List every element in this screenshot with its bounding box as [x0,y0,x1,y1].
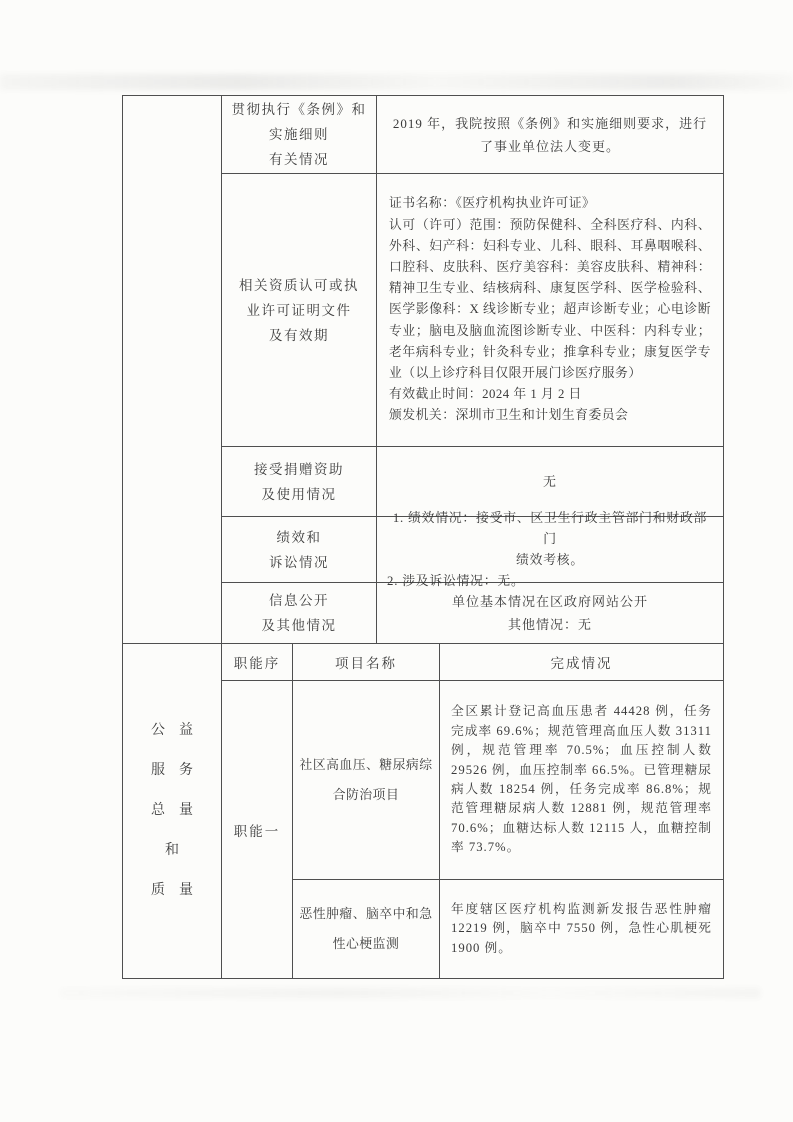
project-name-tumor-stroke-monitoring: 恶性肿瘤、脑卒中和急 性心梗监测 [300,899,433,959]
cell-information-disclosure: 单位基本情况在区政府网站公开 其他情况：无 [377,583,723,643]
column-header-function-no: 职能序 [222,644,293,681]
row-label-regulation-implementation: 贯彻执行《条例》和 实施细则 有关情况 [222,96,377,174]
row-label-performance-litigation: 绩效和 诉讼情况 [222,517,377,583]
merged-left-cell [123,96,222,643]
completion-text-tumor-stroke-monitoring: 年度辖区医疗机构监测新发报告恶性肿瘤 12219 例，脑卒中 7550 例，急性… [440,892,723,966]
scan-artifact-top [0,74,793,90]
column-header-completion-status: 完成情况 [440,644,723,681]
row-label-qualification-license: 相关资质认可或执 业许可证明文件 及有效期 [222,174,377,447]
column-header-project-name: 项目名称 [293,644,440,681]
report-table-general-info: 贯彻执行《条例》和 实施细则 有关情况 2019 年，我院按照《条例》和实施细则… [122,95,724,644]
public-service-table: 公益 服务 总量 和 质量 职能序 项目名称 完成情况 职能一 社区高血压、糖尿… [122,644,724,979]
scanned-document-page: 贯彻执行《条例》和 实施细则 有关情况 2019 年，我院按照《条例》和实施细则… [0,0,793,1122]
scan-artifact-bottom [60,988,760,998]
cell-completion-tumor-stroke-monitoring: 年度辖区医疗机构监测新发报告恶性肿瘤 12219 例，脑卒中 7550 例，急性… [440,880,723,978]
cell-function-one: 职能一 [222,681,293,978]
donation-text: 无 [529,470,571,493]
cell-project-tumor-stroke-monitoring: 恶性肿瘤、脑卒中和急 性心梗监测 [293,880,440,978]
completion-text-hypertension-diabetes: 全区累计登记高血压患者 44428 例，任务完成率 69.6%；规范管理高血压人… [440,694,723,865]
cell-qualification-license: 证书名称：《医疗机构执业许可证》 认可（许可）范围：预防保健科、全科医疗科、内科… [377,174,723,447]
cell-regulation-implementation: 2019 年，我院按照《条例》和实施细则要求，进行了事业单位法人变更。 [377,96,723,174]
section-label-public-service: 公益 服务 总量 和 质量 [123,644,222,978]
performance-text: 1. 绩效情况：接受市、区卫生行政主管部门和财政部门 绩效考核。 [387,508,713,571]
cell-completion-hypertension-diabetes: 全区累计登记高血压患者 44428 例，任务完成率 69.6%；规范管理高血压人… [440,681,723,880]
project-name-hypertension-diabetes: 社区高血压、糖尿病综 合防治项目 [300,750,433,810]
row-label-information-disclosure: 信息公开 及其他情况 [222,583,377,643]
regulation-implementation-text: 2019 年，我院按照《条例》和实施细则要求，进行了事业单位法人变更。 [377,112,723,158]
information-disclosure-text: 单位基本情况在区政府网站公开 其他情况：无 [438,590,662,636]
cell-performance-litigation: 1. 绩效情况：接受市、区卫生行政主管部门和财政部门 绩效考核。 2. 涉及诉讼… [377,517,723,583]
row-label-donation: 接受捐赠资助 及使用情况 [222,447,377,517]
cell-donation: 无 [377,447,723,517]
cell-project-hypertension-diabetes: 社区高血压、糖尿病综 合防治项目 [293,681,440,880]
qualification-license-text: 证书名称：《医疗机构执业许可证》 认可（许可）范围：预防保健科、全科医疗科、内科… [377,185,723,434]
